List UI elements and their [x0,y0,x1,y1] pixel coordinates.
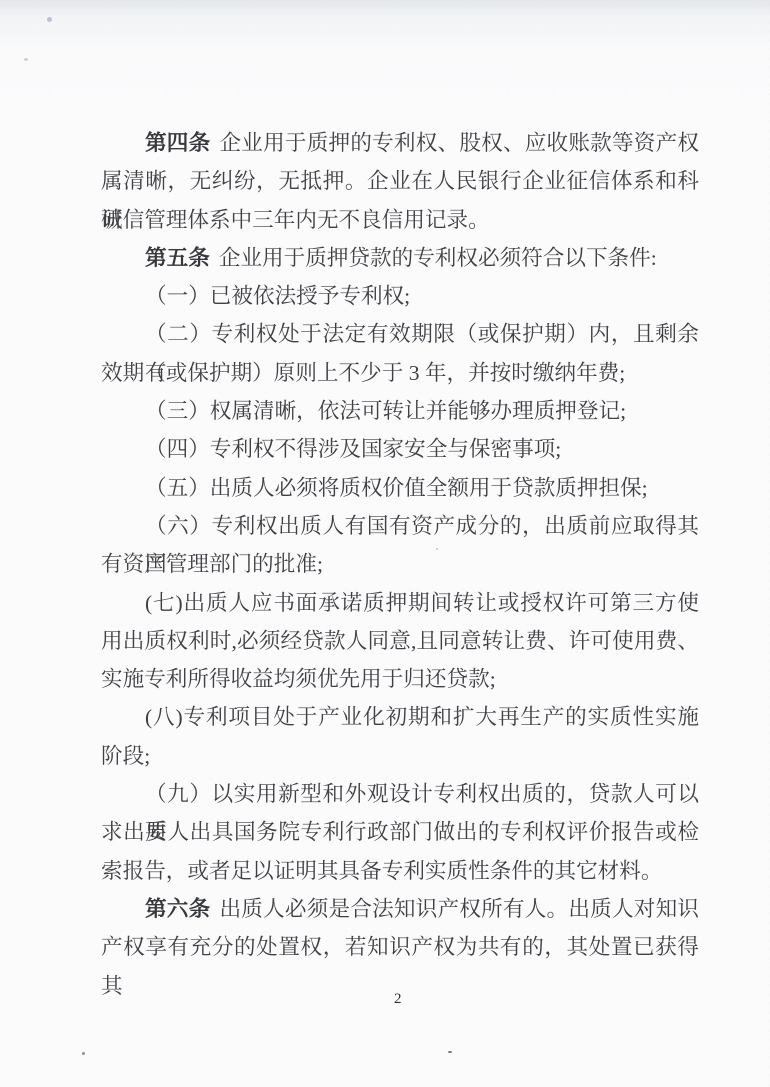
text-line: (八)专利项目处于产业化初期和扩大再生产的实质性实施 [101,698,699,736]
scan-speck [82,1052,85,1055]
text-line: （二）专利权处于法定有效期限（或保护期）内，且剩余有 [101,315,699,353]
text-line: 阶段; [101,737,699,775]
text-line: 求出质人出具国务院专利行政部门做出的专利权评价报告或检 [101,813,699,851]
text-line: 第六条出质人必须是合法知识产权所有人。出质人对知识 [101,890,699,928]
text-line: 有资产管理部门的批准; [101,545,699,583]
document-body: 第四条企业用于质押的专利权、股权、应收账款等资产权属清晰，无纠纷，无抵押。企业在… [101,124,699,967]
scan-speck [448,1051,452,1053]
article-heading: 第五条 [145,246,210,270]
scan-speck [47,17,52,22]
scan-edge-shading [0,0,770,110]
text-line: 诚信管理体系中三年内无不良信用记录。 [101,201,699,239]
text-line: 第四条企业用于质押的专利权、股权、应收账款等资产权 [101,124,699,162]
text-line: 索报告，或者足以证明其具备专利实质性条件的其它材料。 [101,852,699,890]
text-line: （五）出质人必须将质权价值全额用于贷款质押担保; [101,469,699,507]
text-line: 实施专利所得收益均须优先用于归还贷款; [101,660,699,698]
text-line: 用出质权利时,必须经贷款人同意,且同意转让费、许可使用费、 [101,622,699,660]
text-line: 产权享有充分的处置权，若知识产权为共有的，其处置已获得其 [101,928,699,966]
scanned-document-page: 第四条企业用于质押的专利权、股权、应收账款等资产权属清晰，无纠纷，无抵押。企业在… [0,0,770,1087]
text-line: （四）专利权不得涉及国家安全与保密事项; [101,430,699,468]
text-line: （一）已被依法授予专利权; [101,277,699,315]
text-line: 第五条企业用于质押贷款的专利权必须符合以下条件: [101,239,699,277]
text-line: (七)出质人应书面承诺质押期间转让或授权许可第三方使 [101,584,699,622]
text-line: （三）权属清晰，依法可转让并能够办理质押登记; [101,392,699,430]
text-line: 属清晰，无纠纷，无抵押。企业在人民银行企业征信体系和科研 [101,162,699,200]
page-number: 2 [394,991,402,1008]
scan-speck [24,58,28,61]
article-heading: 第四条 [145,131,210,155]
text-line: 效期（或保护期）原则上不少于 3 年，并按时缴纳年费; [101,354,699,392]
text-line: （九）以实用新型和外观设计专利权出质的，贷款人可以要 [101,775,699,813]
article-heading: 第六条 [145,897,210,921]
text-line: （六）专利权出质人有国有资产成分的，出质前应取得其国 [101,507,699,545]
